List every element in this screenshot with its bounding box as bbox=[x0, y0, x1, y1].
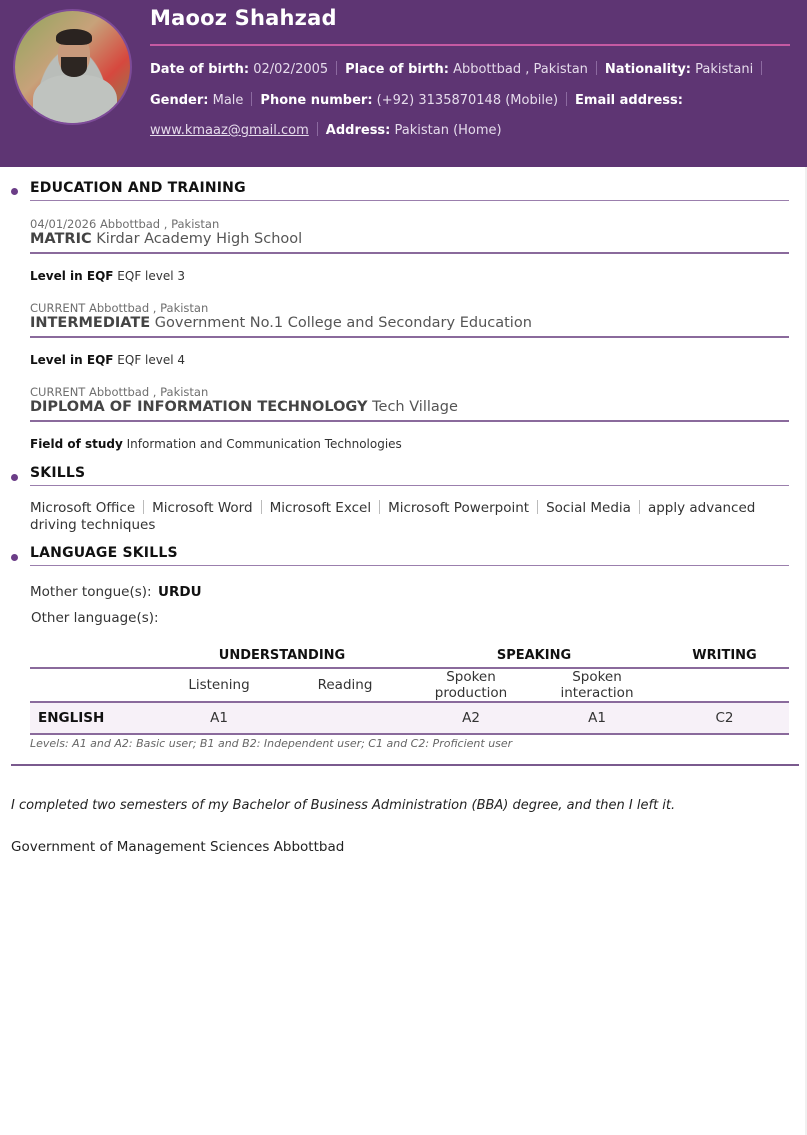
info-line-3: www.kmaaz@gmail.comAddress: Pakistan (Ho… bbox=[150, 122, 502, 138]
mother-tongue-value: URDU bbox=[158, 584, 202, 600]
education-title: INTERMEDIATE Government No.1 College and… bbox=[30, 315, 532, 331]
education-title: MATRIC Kirdar Academy High School bbox=[30, 231, 302, 247]
empty-cell bbox=[660, 668, 789, 702]
phone-value: (+92) 3135870148 (Mobile) bbox=[377, 93, 558, 108]
photo-beard-shape bbox=[61, 57, 87, 77]
institution-name: Tech Village bbox=[372, 399, 458, 415]
entry-divider bbox=[30, 252, 789, 254]
levels-note: Levels: A1 and A2: Basic user; B1 and B2… bbox=[30, 737, 512, 750]
detail-value: Information and Communication Technologi… bbox=[127, 437, 402, 451]
profile-photo bbox=[13, 9, 132, 125]
additional-note: I completed two semesters of my Bachelor… bbox=[11, 798, 675, 813]
language-name: ENGLISH bbox=[30, 702, 156, 734]
entry-divider bbox=[30, 420, 789, 422]
reading-level bbox=[282, 702, 408, 734]
language-table-group-header: UNDERSTANDING SPEAKING WRITING bbox=[30, 644, 789, 668]
separator bbox=[761, 61, 762, 75]
email-label: Email address: bbox=[575, 93, 683, 108]
empty-cell bbox=[30, 644, 156, 668]
skill-item: Microsoft Office bbox=[30, 500, 135, 516]
dob-label: Date of birth: bbox=[150, 62, 249, 77]
skill-item: Microsoft Word bbox=[152, 500, 252, 516]
address-value: Pakistan (Home) bbox=[395, 123, 502, 138]
language-table: UNDERSTANDING SPEAKING WRITING Listening… bbox=[30, 644, 789, 735]
separator bbox=[317, 122, 318, 136]
other-languages-label: Other language(s): bbox=[31, 610, 159, 626]
pob-value: Abbottbad , Pakistan bbox=[453, 62, 588, 77]
additional-institution: Government of Management Sciences Abbott… bbox=[11, 839, 344, 855]
sub-listening: Listening bbox=[156, 668, 282, 702]
language-table-subheader: Listening Reading Spoken production Spok… bbox=[30, 668, 789, 702]
pob-label: Place of birth: bbox=[345, 62, 449, 77]
degree-name: DIPLOMA OF INFORMATION TECHNOLOGY bbox=[30, 399, 368, 415]
detail-value: EQF level 4 bbox=[117, 353, 185, 367]
skills-list: Microsoft OfficeMicrosoft WordMicrosoft … bbox=[30, 500, 770, 534]
phone-label: Phone number: bbox=[260, 93, 372, 108]
detail-label: Level in EQF bbox=[30, 269, 113, 283]
sub-reading: Reading bbox=[282, 668, 408, 702]
skill-item: Microsoft Excel bbox=[270, 500, 372, 516]
group-understanding: UNDERSTANDING bbox=[156, 644, 408, 668]
education-detail: Field of study Information and Communica… bbox=[30, 437, 402, 451]
nationality-value: Pakistani bbox=[695, 62, 753, 77]
separator bbox=[261, 500, 262, 514]
section-divider bbox=[30, 565, 789, 566]
photo-body-shape bbox=[33, 75, 117, 125]
section-bullet-icon bbox=[11, 554, 18, 561]
entry-divider bbox=[30, 336, 789, 338]
education-section-title: EDUCATION AND TRAINING bbox=[30, 180, 246, 196]
mother-tongue-label: Mother tongue(s): bbox=[30, 584, 152, 600]
sub-spoken-interaction: Spoken interaction bbox=[534, 668, 660, 702]
address-label: Address: bbox=[326, 123, 391, 138]
section-divider bbox=[11, 764, 799, 766]
section-bullet-icon bbox=[11, 474, 18, 481]
education-detail: Level in EQF EQF level 4 bbox=[30, 353, 185, 367]
separator bbox=[537, 500, 538, 514]
cv-header: Maooz Shahzad Date of birth: 02/02/2005P… bbox=[0, 0, 807, 167]
education-meta: CURRENT Abbottbad , Pakistan bbox=[30, 385, 208, 399]
nationality-label: Nationality: bbox=[605, 62, 691, 77]
institution-name: Government No.1 College and Secondary Ed… bbox=[155, 315, 532, 331]
spoken-production-level: A2 bbox=[408, 702, 534, 734]
separator bbox=[379, 500, 380, 514]
name-divider bbox=[150, 44, 790, 46]
detail-label: Level in EQF bbox=[30, 353, 113, 367]
photo-hair-shape bbox=[56, 29, 92, 45]
education-detail: Level in EQF EQF level 3 bbox=[30, 269, 185, 283]
degree-name: INTERMEDIATE bbox=[30, 315, 150, 331]
separator bbox=[336, 61, 337, 75]
info-line-2: Gender: MalePhone number: (+92) 31358701… bbox=[150, 92, 683, 108]
info-line-1: Date of birth: 02/02/2005Place of birth:… bbox=[150, 61, 770, 77]
gender-value: Male bbox=[213, 93, 244, 108]
degree-name: MATRIC bbox=[30, 231, 92, 247]
separator bbox=[596, 61, 597, 75]
separator bbox=[639, 500, 640, 514]
candidate-name: Maooz Shahzad bbox=[150, 6, 337, 30]
group-speaking: SPEAKING bbox=[408, 644, 660, 668]
table-row: ENGLISH A1 A2 A1 C2 bbox=[30, 702, 789, 734]
separator bbox=[143, 500, 144, 514]
group-writing: WRITING bbox=[660, 644, 789, 668]
gender-label: Gender: bbox=[150, 93, 208, 108]
empty-cell bbox=[30, 668, 156, 702]
institution-name: Kirdar Academy High School bbox=[96, 231, 302, 247]
sub-spoken-production: Spoken production bbox=[408, 668, 534, 702]
section-bullet-icon bbox=[11, 188, 18, 195]
section-divider bbox=[30, 485, 789, 486]
skill-item: Social Media bbox=[546, 500, 631, 516]
detail-value: EQF level 3 bbox=[117, 269, 185, 283]
section-divider bbox=[30, 200, 789, 201]
listening-level: A1 bbox=[156, 702, 282, 734]
dob-value: 02/02/2005 bbox=[253, 62, 328, 77]
separator bbox=[566, 92, 567, 106]
separator bbox=[251, 92, 252, 106]
email-link[interactable]: www.kmaaz@gmail.com bbox=[150, 123, 309, 138]
writing-level: C2 bbox=[660, 702, 789, 734]
language-section-title: LANGUAGE SKILLS bbox=[30, 545, 178, 561]
detail-label: Field of study bbox=[30, 437, 123, 451]
skill-item: Microsoft Powerpoint bbox=[388, 500, 529, 516]
education-meta: CURRENT Abbottbad , Pakistan bbox=[30, 301, 208, 315]
education-meta: 04/01/2026 Abbottbad , Pakistan bbox=[30, 217, 219, 231]
spoken-interaction-level: A1 bbox=[534, 702, 660, 734]
education-title: DIPLOMA OF INFORMATION TECHNOLOGY Tech V… bbox=[30, 399, 458, 415]
skills-section-title: SKILLS bbox=[30, 465, 85, 481]
